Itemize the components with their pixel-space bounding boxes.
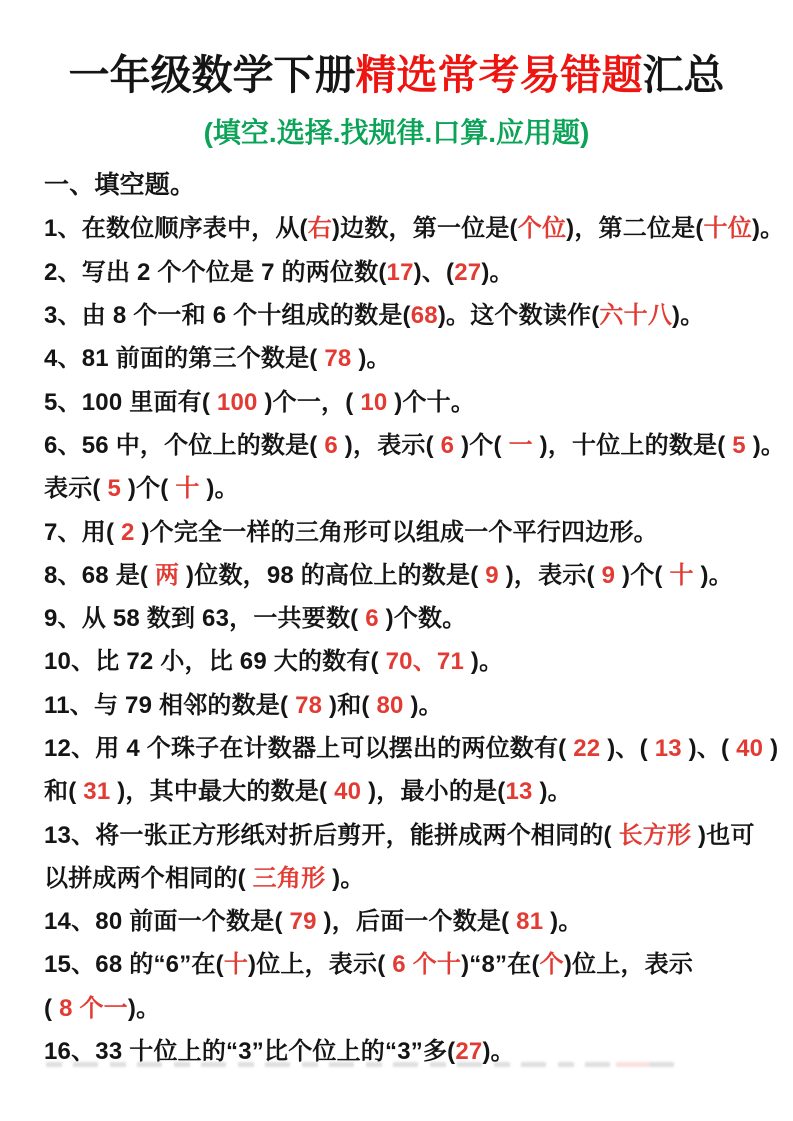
question-text: )边数，第一位是( bbox=[332, 215, 518, 242]
question-text: )、( bbox=[600, 735, 654, 762]
question-text: 1、在数位顺序表中，从( bbox=[44, 215, 308, 242]
question-text: 9、从 58 数到 63，一共要数( bbox=[44, 605, 365, 632]
page-subtitle: (填空.选择.找规律.口算.应用题) bbox=[0, 111, 793, 151]
answer-text: 个 bbox=[540, 951, 564, 978]
question-text: )，其中最大的数是( bbox=[110, 778, 334, 805]
question-text: ) bbox=[763, 735, 778, 762]
question-line: 和( 31 )，其中最大的数是( 40 )，最小的是(13 )。 bbox=[44, 770, 763, 813]
answer-text: 79 bbox=[290, 908, 317, 935]
question-text: 14、80 前面一个数是( bbox=[44, 908, 290, 935]
question-text: )位上，表示 bbox=[564, 951, 693, 978]
question-text: 15、68 的“6”在( bbox=[44, 951, 224, 978]
answer-text: 长方形 bbox=[619, 822, 692, 849]
question-text: )。 bbox=[746, 432, 785, 459]
question-text: )。 bbox=[351, 345, 390, 372]
question-line: 13、将一张正方形纸对折后剪开，能拼成两个相同的( 长方形 )也可 bbox=[44, 814, 763, 857]
question-line: 2、写出 2 个个位是 7 的两位数(17)、(27)。 bbox=[44, 251, 763, 294]
answer-text: 27 bbox=[454, 259, 481, 286]
question-line: 15、68 的“6”在(十)位上，表示( 6 个十)“8”在(个)位上，表示 bbox=[44, 943, 763, 986]
question-line: 10、比 72 小，比 69 大的数有( 70、71 )。 bbox=[44, 640, 763, 683]
question-text: )位数，98 的高位上的数是( bbox=[179, 562, 485, 589]
question-line: 11、与 79 相邻的数是( 78 )和( 80 )。 bbox=[44, 684, 763, 727]
answer-text: 十 bbox=[669, 562, 693, 589]
question-text: 2、写出 2 个个位是 7 的两位数( bbox=[44, 259, 387, 286]
answer-text: 5 bbox=[732, 432, 746, 459]
question-text: )。 bbox=[481, 259, 513, 286]
answer-text: 6 bbox=[441, 432, 455, 459]
question-text: )位上，表示( bbox=[248, 951, 392, 978]
question-text: )，十位上的数是( bbox=[533, 432, 733, 459]
question-text: 8、68 是( bbox=[44, 562, 155, 589]
title-text: 汇总 bbox=[643, 52, 725, 98]
question-text: )个十。 bbox=[387, 389, 475, 416]
answer-text: 三角形 bbox=[253, 865, 326, 892]
question-line: 以拼成两个相同的( 三角形 )。 bbox=[44, 857, 763, 900]
question-text: )也可 bbox=[691, 822, 754, 849]
question-line: 6、56 中，个位上的数是( 6 )，表示( 6 )个( 一 )，十位上的数是(… bbox=[44, 424, 763, 467]
truncated-next-line-remnant bbox=[46, 1062, 686, 1067]
question-text: )。 bbox=[404, 692, 443, 719]
question-text: ( bbox=[44, 995, 59, 1022]
answer-text: 5 bbox=[107, 475, 121, 502]
truncated-red-answer-remnant bbox=[616, 1062, 650, 1067]
question-text: 10、比 72 小，比 69 大的数有( bbox=[44, 648, 386, 675]
answer-text: 31 bbox=[83, 778, 110, 805]
answer-text: 个位 bbox=[518, 215, 566, 242]
question-text: )，后面一个数是( bbox=[317, 908, 517, 935]
answer-text: 78 bbox=[324, 345, 351, 372]
answer-text: 13 bbox=[655, 735, 682, 762]
answer-text: 8 个一 bbox=[59, 995, 128, 1022]
question-text: )个完全一样的三角形可以组成一个平行四边形。 bbox=[135, 519, 658, 546]
question-text: 3、由 8 个一和 6 个十组成的数是( bbox=[44, 302, 411, 329]
answer-text: 9 bbox=[485, 562, 499, 589]
answer-text: 6 bbox=[365, 605, 379, 632]
question-text: )。 bbox=[128, 995, 160, 1022]
question-text: 表示( bbox=[44, 475, 107, 502]
question-line: 4、81 前面的第三个数是( 78 )。 bbox=[44, 337, 763, 380]
answer-text: 6 个十 bbox=[392, 951, 461, 978]
question-text: )和( bbox=[322, 692, 376, 719]
answer-text: 70、71 bbox=[386, 648, 464, 675]
question-text: )。 bbox=[464, 648, 503, 675]
answer-text: 100 bbox=[217, 389, 258, 416]
question-text: 和( bbox=[44, 778, 83, 805]
question-text: )，表示( bbox=[338, 432, 441, 459]
answer-text: 78 bbox=[295, 692, 322, 719]
answer-text: 9 bbox=[602, 562, 616, 589]
question-text: )。 bbox=[672, 302, 704, 329]
question-text: 6、56 中，个位上的数是( bbox=[44, 432, 324, 459]
question-text: 13、将一张正方形纸对折后剪开，能拼成两个相同的( bbox=[44, 822, 619, 849]
answer-text: 81 bbox=[516, 908, 543, 935]
question-text: )。 bbox=[543, 908, 582, 935]
question-text: )“8”在( bbox=[461, 951, 540, 978]
question-text: 12、用 4 个珠子在计数器上可以摆出的两位数有( bbox=[44, 735, 573, 762]
question-text: )。这个数读作( bbox=[438, 302, 600, 329]
answer-text: 22 bbox=[573, 735, 600, 762]
question-line: 9、从 58 数到 63，一共要数( 6 )个数。 bbox=[44, 597, 763, 640]
question-text: )。 bbox=[694, 562, 733, 589]
answer-text: 十 bbox=[224, 951, 248, 978]
answer-text: 40 bbox=[736, 735, 763, 762]
question-text: )，最小的是( bbox=[361, 778, 505, 805]
answer-text: 68 bbox=[411, 302, 438, 329]
question-line: 3、由 8 个一和 6 个十组成的数是(68)。这个数读作(六十八)。 bbox=[44, 294, 763, 337]
question-text: )，表示( bbox=[499, 562, 602, 589]
answer-text: 17 bbox=[387, 259, 414, 286]
question-text: 4、81 前面的第三个数是( bbox=[44, 345, 324, 372]
title-text: 一年级数学下册 bbox=[69, 52, 356, 98]
question-text: )个一，( bbox=[258, 389, 361, 416]
answer-text: 两 bbox=[155, 562, 179, 589]
question-text: )、( bbox=[682, 735, 736, 762]
worksheet-page: 一年级数学下册精选常考易错题汇总 (填空.选择.找规律.口算.应用题) 一、填空… bbox=[0, 0, 793, 1073]
answer-text: 2 bbox=[121, 519, 135, 546]
question-text: )，第二位是( bbox=[566, 215, 703, 242]
question-line: 1、在数位顺序表中，从(右)边数，第一位是(个位)，第二位是(十位)。 bbox=[44, 207, 763, 250]
answer-text: 右 bbox=[308, 215, 332, 242]
question-line: ( 8 个一)。 bbox=[44, 987, 763, 1030]
answer-text: 十位 bbox=[704, 215, 752, 242]
answer-text: 六十八 bbox=[599, 302, 672, 329]
question-line: 表示( 5 )个( 十 )。 bbox=[44, 467, 763, 510]
question-line: 7、用( 2 )个完全一样的三角形可以组成一个平行四边形。 bbox=[44, 511, 763, 554]
answer-text: 10 bbox=[360, 389, 387, 416]
question-line: 14、80 前面一个数是( 79 )，后面一个数是( 81 )。 bbox=[44, 900, 763, 943]
question-line: 8、68 是( 两 )位数，98 的高位上的数是( 9 )，表示( 9 )个( … bbox=[44, 554, 763, 597]
question-text: 7、用( bbox=[44, 519, 121, 546]
question-text: )。 bbox=[752, 215, 784, 242]
question-text: )个数。 bbox=[379, 605, 467, 632]
page-title: 一年级数学下册精选常考易错题汇总 bbox=[0, 52, 793, 99]
answer-text: 80 bbox=[377, 692, 404, 719]
question-text: )个( bbox=[121, 475, 175, 502]
answer-text: 13 bbox=[505, 778, 532, 805]
question-text: 5、100 里面有( bbox=[44, 389, 217, 416]
question-text: )、( bbox=[414, 259, 455, 286]
question-text: 11、与 79 相邻的数是( bbox=[44, 692, 295, 719]
question-text: 以拼成两个相同的( bbox=[44, 865, 253, 892]
question-list: 一、填空题。 1、在数位顺序表中，从(右)边数，第一位是(个位)，第二位是(十位… bbox=[44, 164, 763, 1073]
question-text: )。 bbox=[200, 475, 239, 502]
question-text: )个( bbox=[454, 432, 508, 459]
answer-text: 十 bbox=[175, 475, 199, 502]
question-line: 12、用 4 个珠子在计数器上可以摆出的两位数有( 22 )、( 13 )、( … bbox=[44, 727, 763, 770]
answer-text: 6 bbox=[324, 432, 338, 459]
answer-text: 40 bbox=[334, 778, 361, 805]
question-text: )个( bbox=[615, 562, 669, 589]
answer-text: 一 bbox=[509, 432, 533, 459]
question-text: )。 bbox=[533, 778, 572, 805]
section-heading: 一、填空题。 bbox=[44, 164, 763, 207]
question-text: )。 bbox=[325, 865, 364, 892]
title-highlight-text: 精选常考易错题 bbox=[356, 52, 643, 98]
question-line: 5、100 里面有( 100 )个一，( 10 )个十。 bbox=[44, 381, 763, 424]
